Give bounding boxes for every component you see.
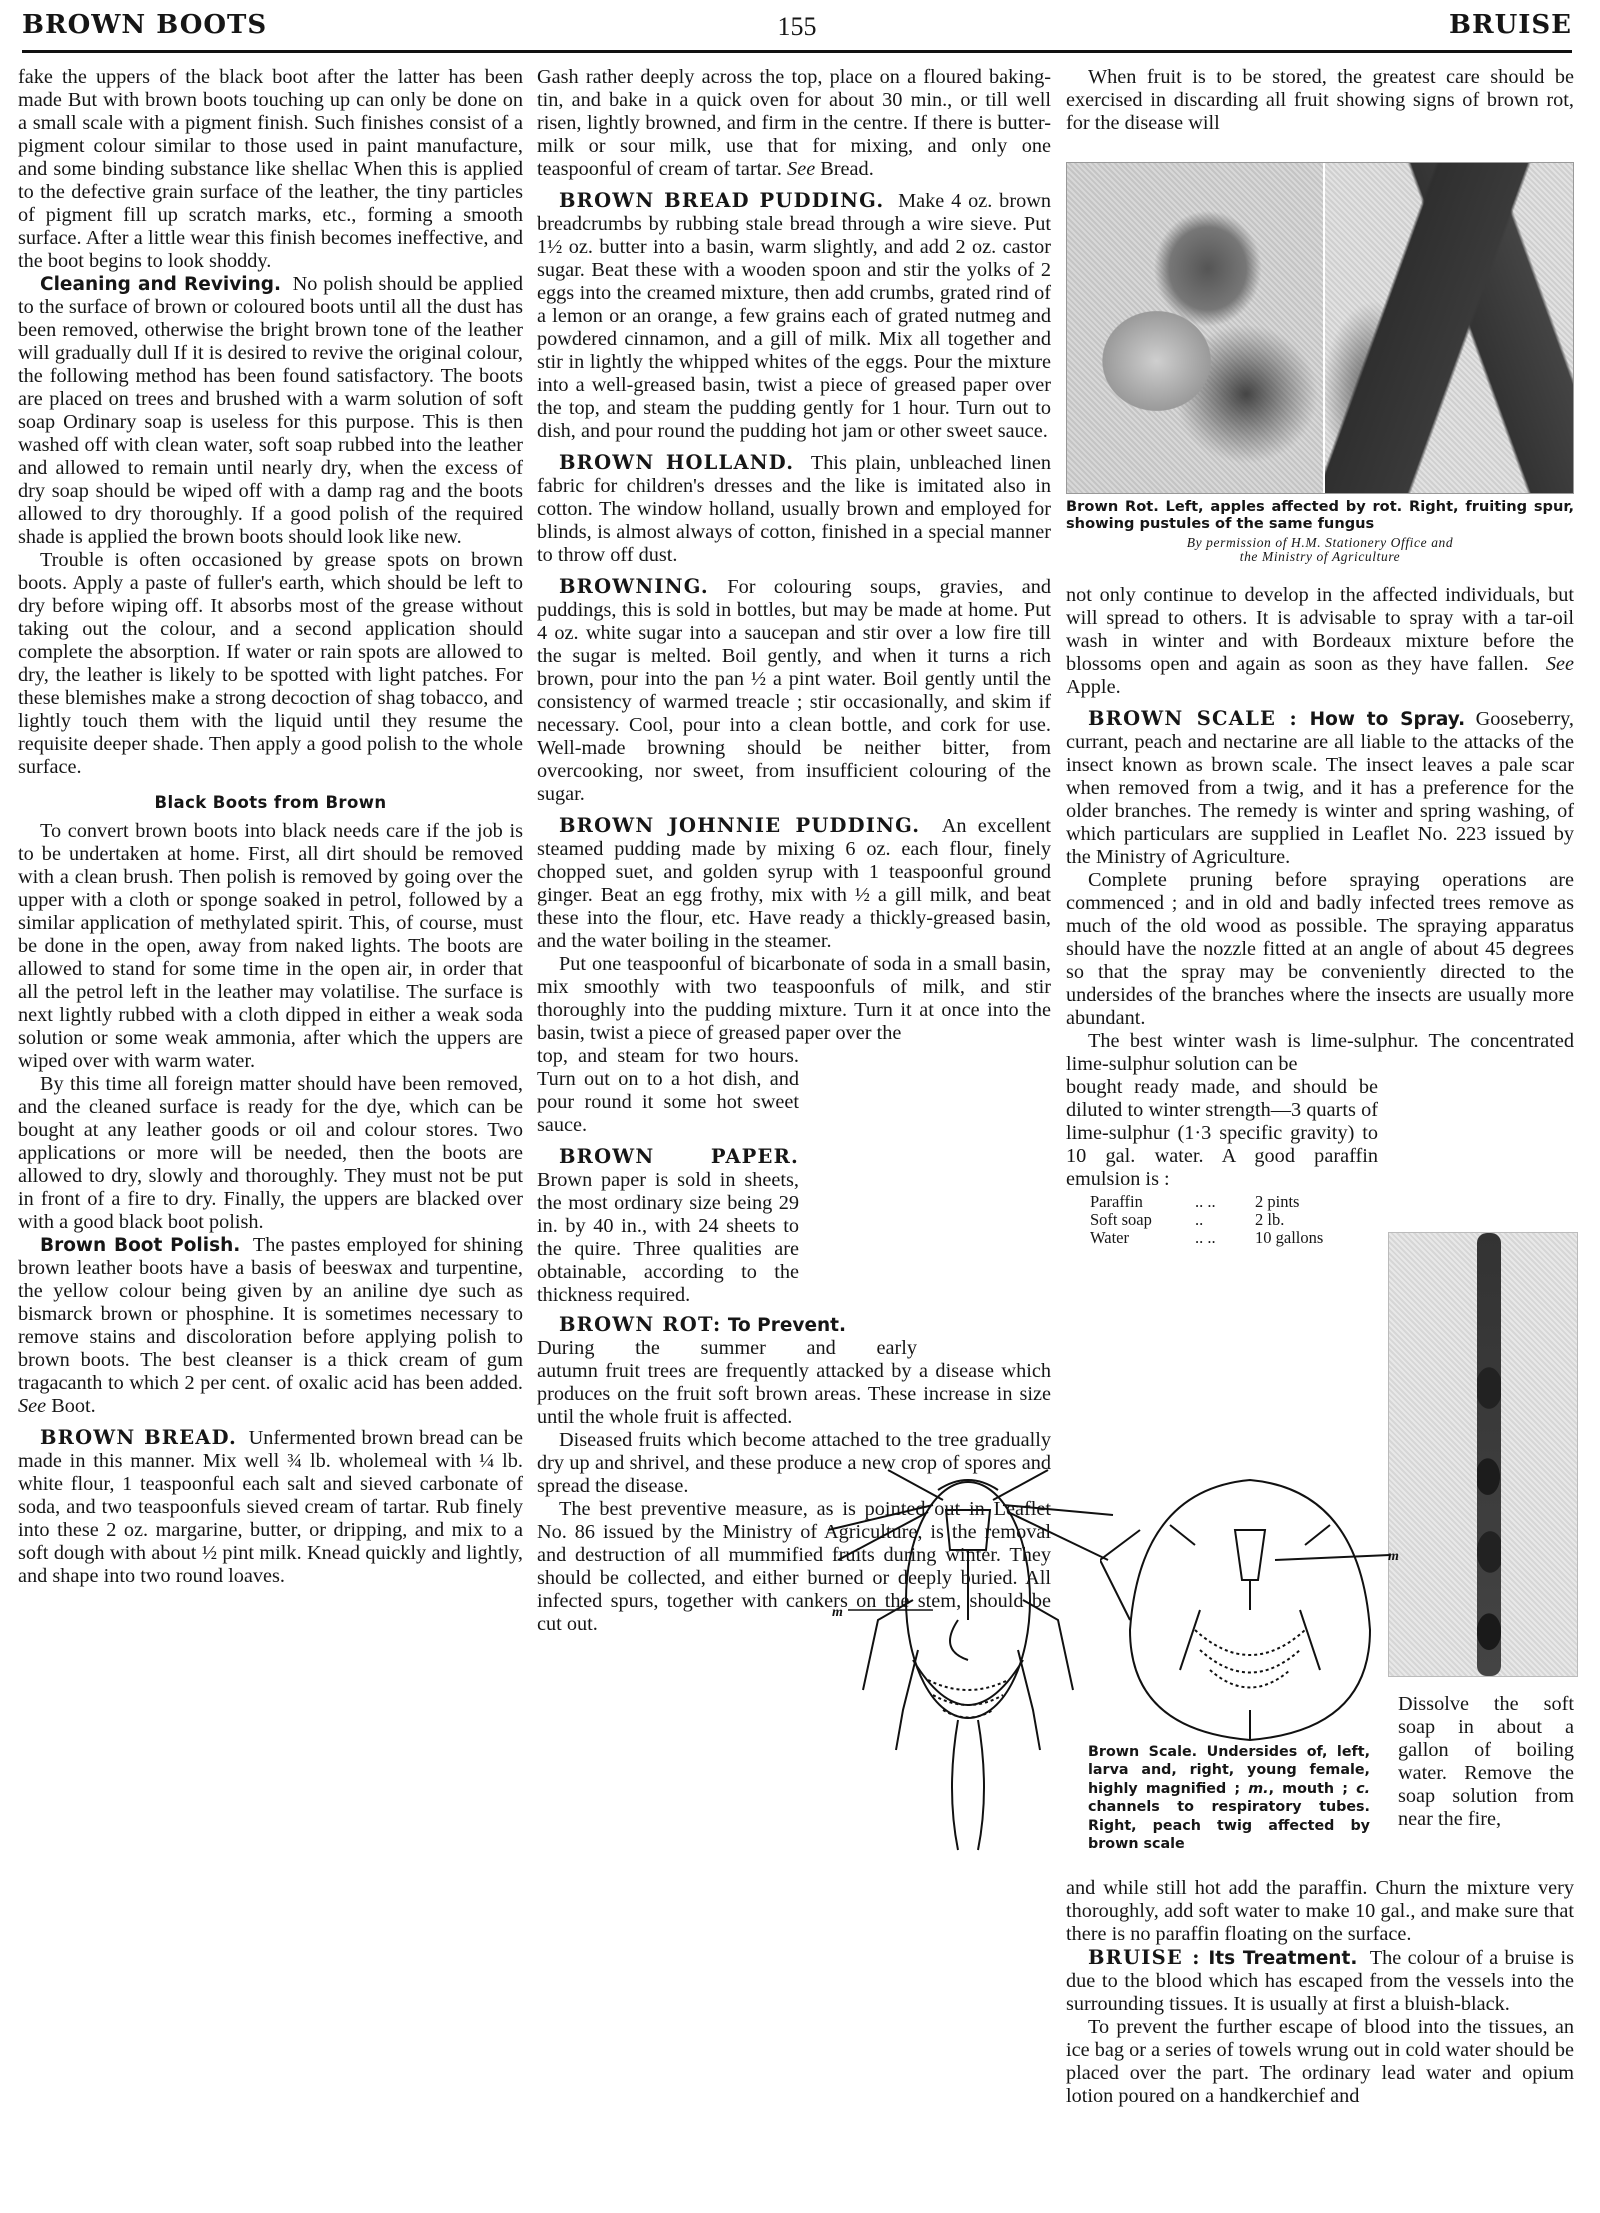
entry-subheading: To Prevent.	[721, 1315, 846, 1336]
column-2: Gash rather deeply across the top, place…	[537, 66, 1051, 1636]
cross-reference-link[interactable]: Bread.	[815, 158, 874, 180]
paragraph: autumn fruit trees are frequently attack…	[537, 1360, 1051, 1429]
header-rule	[22, 50, 1572, 53]
recipe-row: Paraffin.. ..2 pints	[1090, 1193, 1574, 1211]
entry-text: Make 4 oz. brown breadcrumbs by rubbing …	[537, 190, 1051, 442]
label-m-right: m	[1388, 1549, 1399, 1564]
subheading-black-boots: Black Boots from Brown	[18, 791, 523, 814]
header-right-title: BRUISE	[1449, 10, 1572, 40]
entry-brown-bread: BROWN BREAD. Unfermented brown bread can…	[18, 1426, 523, 1588]
brown-scale-caption: Brown Scale. Undersides of, left, larva …	[1088, 1743, 1370, 1853]
paragraph: Dissolve the soft soap in about a gallon…	[1398, 1693, 1574, 1831]
entry-text: Unfermented brown bread can be made in t…	[18, 1427, 523, 1587]
paragraph: The best winter wash is lime-sulphur. Th…	[1066, 1030, 1574, 1076]
paragraph: During the summer and early	[537, 1337, 917, 1360]
entry-text: No polish should be applied to the surfa…	[18, 273, 523, 548]
paragraph: Gash rather deeply across the top, place…	[537, 66, 1051, 181]
paragraph: and while still hot add the paraffin. Ch…	[1066, 1877, 1574, 1946]
entry-text: For colouring soups, gravies, and puddin…	[537, 576, 1051, 805]
entry-heading: Cleaning and Reviving.	[40, 274, 281, 295]
peach-twig-photo	[1388, 1232, 1578, 1677]
caption-abbrev: m.	[1248, 1781, 1268, 1797]
credit-line: the Ministry of Agriculture	[1066, 550, 1574, 564]
entry-bruise: BRUISE : Its Treatment. The colour of a …	[1066, 1946, 1574, 2016]
recipe-row: Soft soap..2 lb.	[1090, 1211, 1574, 1229]
paragraph: Put one teaspoonful of bicarbonate of so…	[537, 953, 1051, 1045]
entry-text: Brown paper is sold in sheets, the most …	[537, 1169, 799, 1306]
entry-text: Dissolve the soft soap in about a gallon…	[1398, 1693, 1574, 1831]
cross-reference-link[interactable]: Boot.	[46, 1395, 96, 1417]
entry-brown-rot: BROWN ROT: To Prevent.	[537, 1313, 1051, 1337]
leader-dots: .. ..	[1195, 1193, 1255, 1211]
entry-brown-scale: BROWN SCALE : How to Spray. Gooseberry, …	[1066, 707, 1574, 869]
entry-subheading: Its Treatment.	[1201, 1948, 1358, 1969]
leader-dots: .. ..	[1195, 1229, 1255, 1247]
entry-cleaning-reviving: Cleaning and Reviving. No polish should …	[18, 273, 523, 549]
brown-rot-photo	[1066, 162, 1574, 494]
paragraph: By this time all foreign matter should h…	[18, 1073, 523, 1234]
paragraph: Complete pruning before spraying operati…	[1066, 869, 1574, 1030]
column-1: fake the uppers of the black boot after …	[18, 66, 523, 1588]
paragraph: top, and steam for two hours. Turn out o…	[537, 1045, 799, 1137]
paragraph: When fruit is to be stored, the greatest…	[1066, 66, 1574, 135]
column-3-bottom: and while still hot add the paraffin. Ch…	[1066, 1877, 1574, 2108]
entry-brown-holland: BROWN HOLLAND. This plain, unbleached li…	[537, 451, 1051, 567]
page-number: 155	[22, 12, 1572, 42]
ingredient: Water	[1090, 1229, 1195, 1247]
entry-text: not only continue to develop in the affe…	[1066, 584, 1574, 675]
ingredient: Soft soap	[1090, 1211, 1195, 1229]
entry-browning: BROWNING. For colouring soups, gravies, …	[537, 575, 1051, 806]
entry-brown-johnnie-pudding: BROWN JOHNNIE PUDDING. An excellent stea…	[537, 814, 1051, 953]
photo-caption: Brown Rot. Left, apples affected by rot.…	[1066, 498, 1574, 532]
entry-heading: BROWN HOLLAND.	[559, 451, 794, 474]
label-m: m	[832, 1605, 843, 1620]
ingredient: Paraffin	[1090, 1193, 1195, 1211]
cross-reference-link[interactable]: Apple.	[1066, 676, 1121, 698]
young-female-drawing: c m	[1100, 1460, 1400, 1760]
paragraph: bought ready made, and should be diluted…	[1066, 1076, 1378, 1191]
entry-heading: BROWN PAPER.	[559, 1145, 799, 1168]
entry-text: The pastes employed for shining brown le…	[18, 1234, 523, 1394]
caption-abbrev: c.	[1356, 1781, 1370, 1797]
leader-dots: ..	[1195, 1211, 1255, 1229]
quantity: 10 gallons	[1255, 1229, 1323, 1247]
paragraph: To convert brown boots into black needs …	[18, 820, 523, 1073]
column-3-continued: not only continue to develop in the affe…	[1066, 584, 1574, 1247]
see-label: See	[18, 1395, 46, 1417]
see-label: See	[1546, 653, 1574, 675]
see-label: See	[787, 158, 815, 180]
entry-heading: Brown Boot Polish.	[40, 1235, 240, 1256]
entry-text: Gooseberry, currant, peach and nectarine…	[1066, 708, 1574, 868]
running-header: BROWN BOOTS 155 BRUISE	[22, 8, 1572, 52]
twig-stem-image	[1477, 1233, 1501, 1676]
entry-heading: BRUISE :	[1088, 1946, 1201, 1969]
entry-subheading: How to Spray.	[1298, 709, 1465, 730]
entry-heading: BROWN JOHNNIE PUDDING.	[559, 814, 920, 837]
entry-heading: BROWNING.	[559, 575, 709, 598]
caption-text: , mouth ;	[1269, 1781, 1357, 1797]
paragraph: Trouble is often occasioned by grease sp…	[18, 549, 523, 779]
photo-credit: By permission of H.M. Stationery Office …	[1066, 536, 1574, 564]
larva-drawing: m	[818, 1450, 1118, 1870]
quantity: 2 lb.	[1255, 1211, 1284, 1229]
entry-heading: BROWN ROT:	[559, 1313, 721, 1336]
entry-heading: BROWN SCALE :	[1088, 707, 1298, 730]
entry-brown-bread-pudding: BROWN BREAD PUDDING. Make 4 oz. brown br…	[537, 189, 1051, 443]
credit-line: By permission of H.M. Stationery Office …	[1066, 536, 1574, 550]
caption-text: channels to respiratory tubes. Right, pe…	[1088, 1799, 1370, 1852]
quantity: 2 pints	[1255, 1193, 1299, 1211]
fruiting-spur-image	[1325, 163, 1573, 493]
paragraph: To prevent the further escape of blood i…	[1066, 2016, 1574, 2108]
entry-brown-boot-polish: Brown Boot Polish. The pastes employed f…	[18, 1234, 523, 1418]
paragraph: not only continue to develop in the affe…	[1066, 584, 1574, 699]
entry-brown-paper: BROWN PAPER. Brown paper is sold in shee…	[537, 1145, 799, 1307]
entry-heading: BROWN BREAD PUDDING.	[559, 189, 884, 212]
apples-affected-image	[1067, 163, 1325, 493]
paragraph: fake the uppers of the black boot after …	[18, 66, 523, 273]
entry-heading: BROWN BREAD.	[40, 1426, 237, 1449]
column-3: When fruit is to be stored, the greatest…	[1066, 66, 1574, 135]
